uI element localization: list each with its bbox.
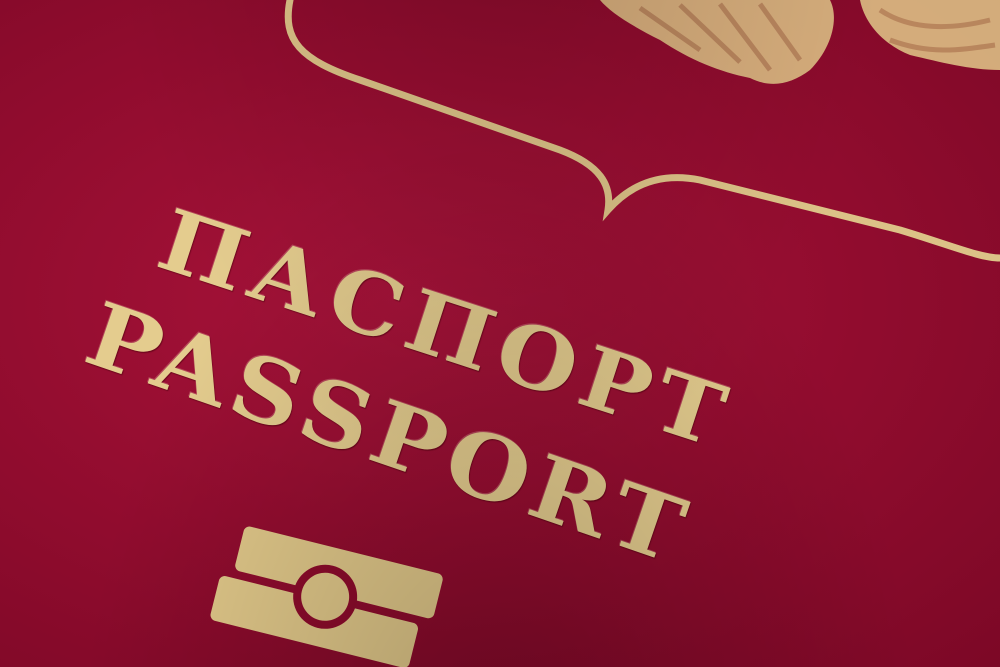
biometric-chip-icon (209, 522, 444, 667)
passport-cover: ПАСПОРТ PASSPORT (0, 0, 1000, 667)
coat-of-arms-emblem-icon (600, 0, 1000, 84)
